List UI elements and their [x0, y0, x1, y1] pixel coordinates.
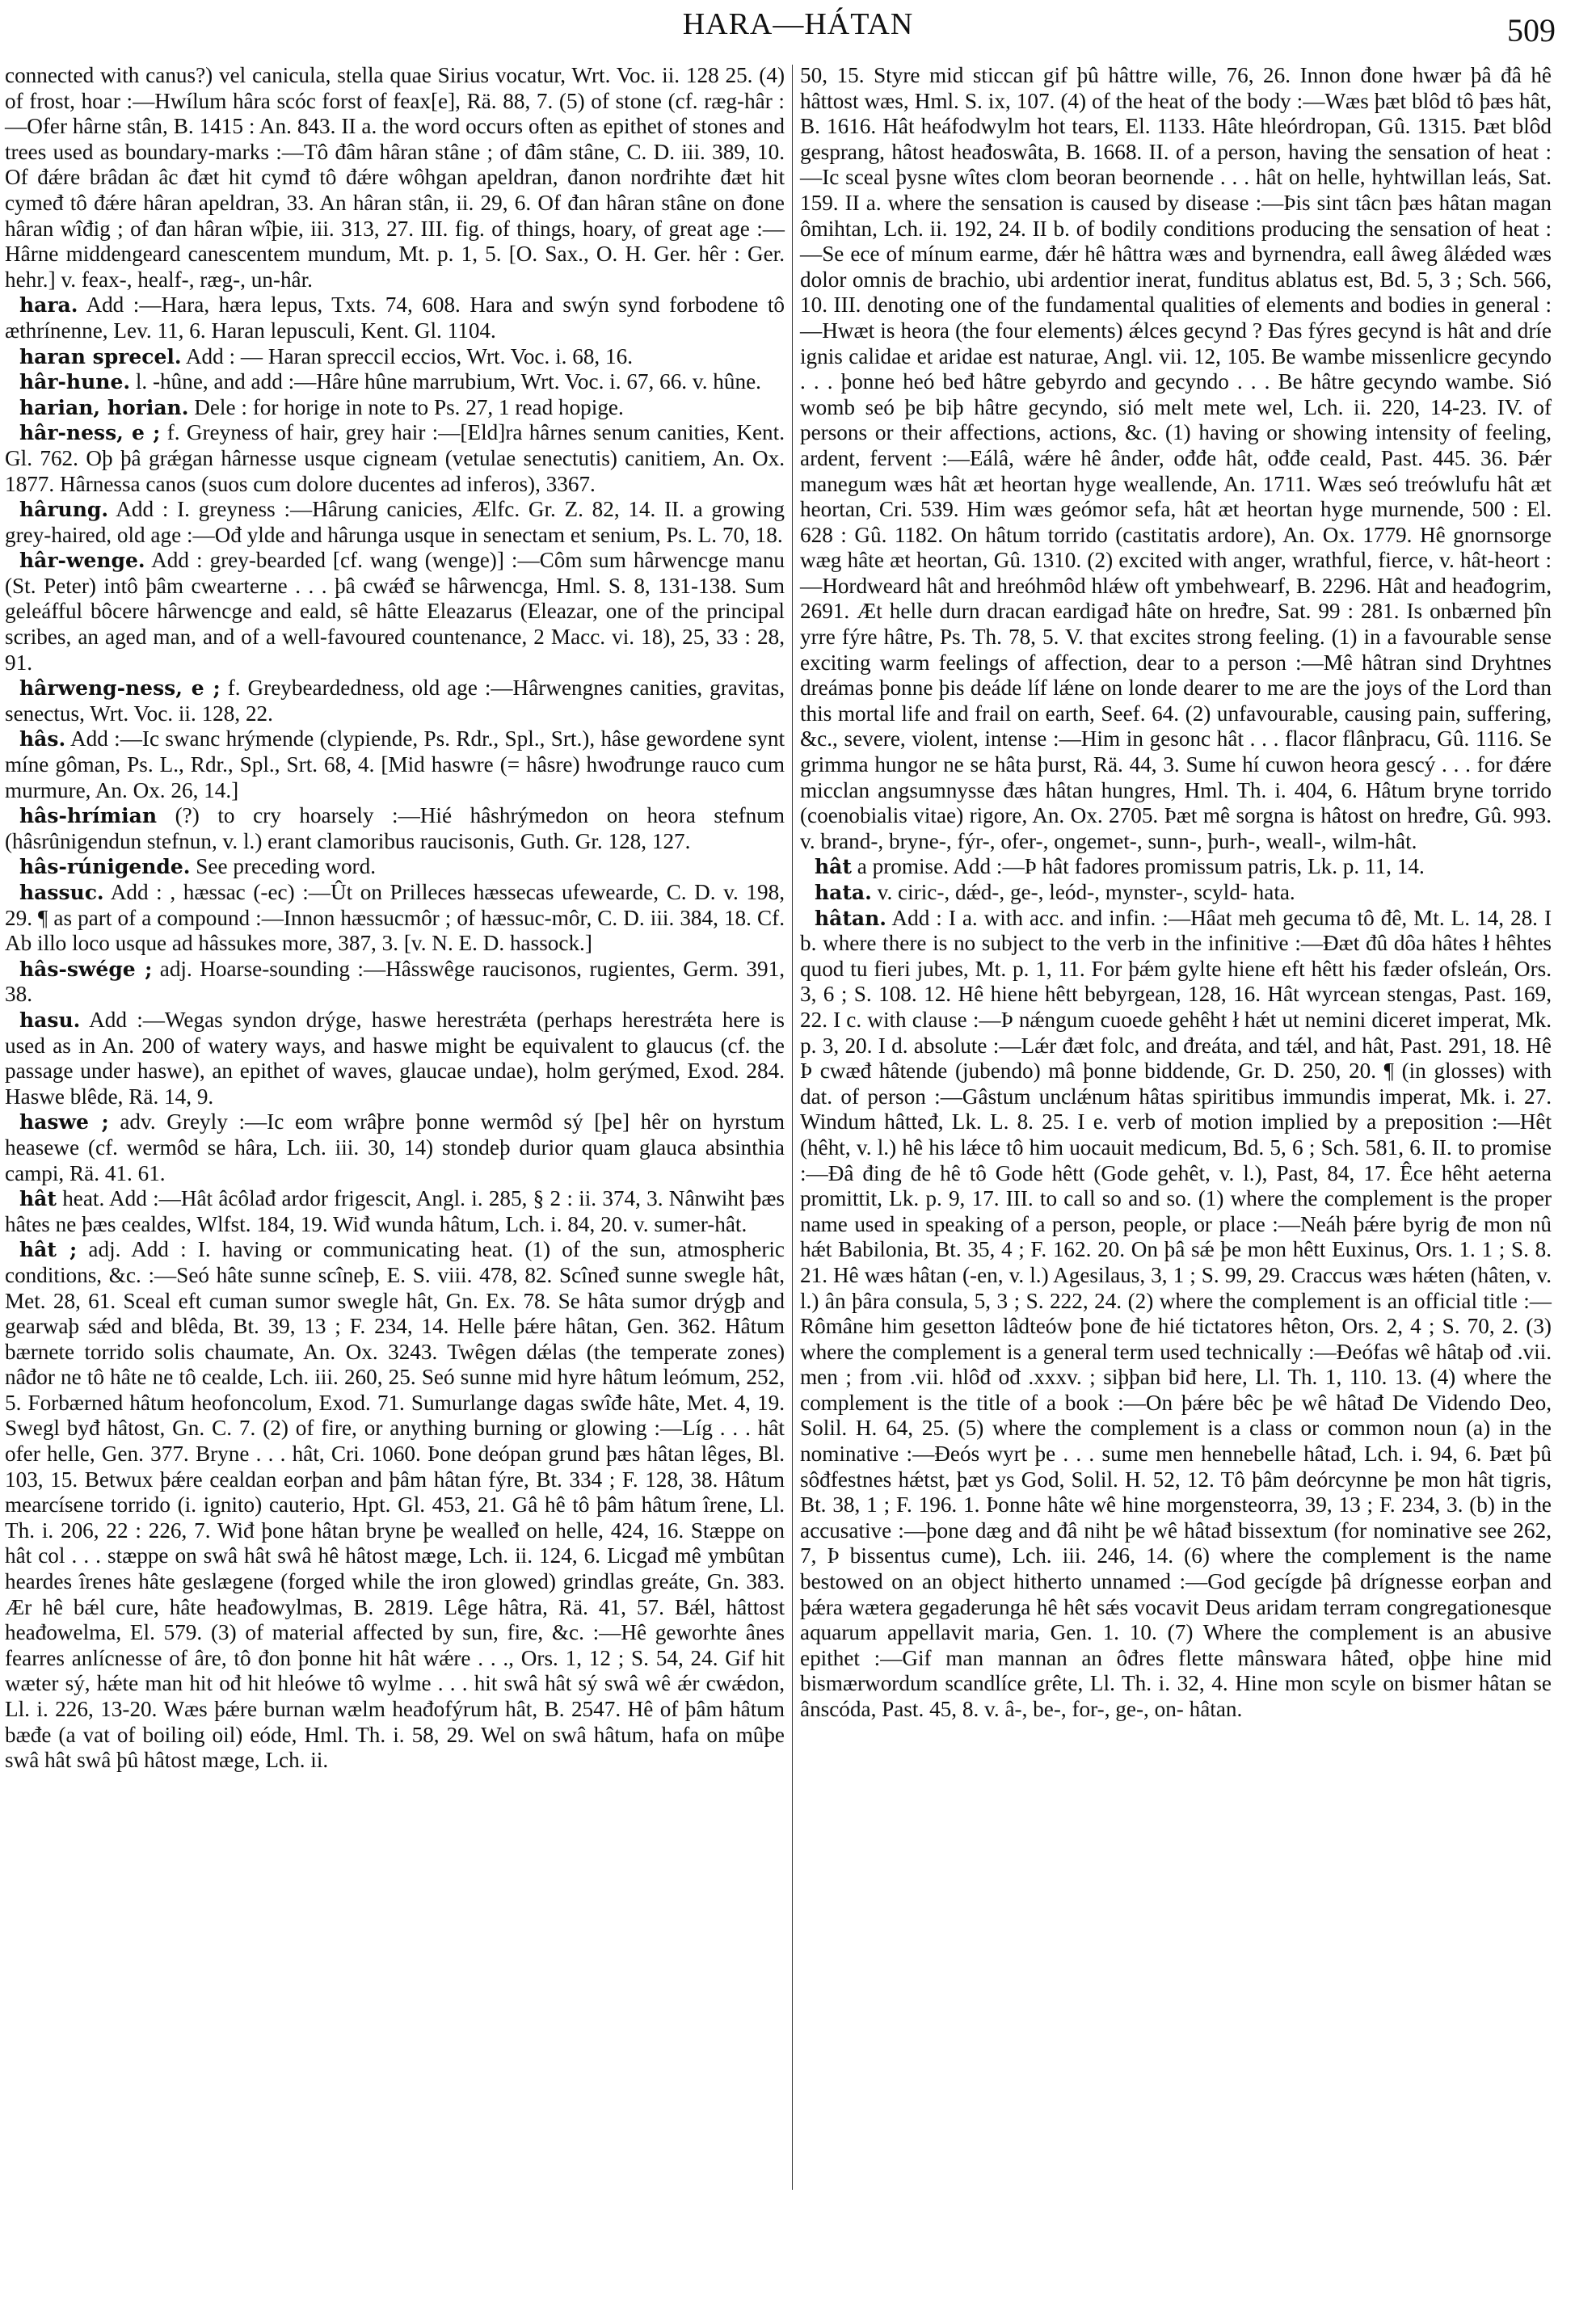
entry-definition: Add : I. greyness :—Hârung canicies, Ælf…	[5, 497, 785, 547]
dictionary-entry: hara. Add :—Hara, hæra lepus, Txts. 74, …	[5, 293, 785, 343]
entry-definition: 50, 15. Styre mid sticcan gif þû hâttre …	[800, 63, 1552, 853]
entry-definition: Add : — Haran spreccil eccios, Wrt. Voc.…	[186, 344, 633, 368]
dictionary-entry: haswe ; adv. Greyly :—Ic eom wrâþre þonn…	[5, 1109, 785, 1186]
entry-headword: haran sprecel.	[19, 345, 182, 368]
entry-headword: hâs-swége ;	[19, 958, 152, 981]
entry-definition: heat. Add :—Hât âcôlađ ardor frigescit, …	[5, 1186, 785, 1236]
entry-definition: adj. Add : I. having or communicating he…	[5, 1237, 785, 1772]
entry-headword: haswe ;	[19, 1110, 109, 1134]
entry-headword: harian, horian.	[19, 396, 188, 419]
entry-definition: Add : I a. with acc. and infin. :—Hâat m…	[800, 906, 1552, 1721]
dictionary-entry: hassuc. Add : , hæssac (-ec) :—Ût on Pri…	[5, 880, 785, 957]
entry-headword: hât	[815, 855, 852, 878]
entry-headword: hâs-hrímian	[19, 804, 157, 827]
entry-definition: Dele : for horige in note to Ps. 27, 1 r…	[194, 395, 624, 419]
dictionary-entry: harian, horian. Dele : for horige in not…	[5, 395, 785, 421]
column-divider	[792, 65, 793, 2190]
dictionary-entry: hâs-rúnigende. See preceding word.	[5, 854, 785, 880]
entry-definition: v. ciric-, dǽd-, ge-, leód-, mynster-, s…	[878, 880, 1295, 904]
dictionary-entry: hât heat. Add :—Hât âcôlađ ardor frigesc…	[5, 1186, 785, 1237]
dictionary-entry: hârweng-ness, e ; f. Greybeardedness, ol…	[5, 676, 785, 726]
entry-headword: hâr-hune.	[19, 370, 130, 394]
entry-definition: Add :—Wegas syndon drýge, haswe herestrǽ…	[5, 1008, 785, 1109]
dictionary-entry: hât a promise. Add :—Þ hât fadores promi…	[800, 854, 1552, 880]
dictionary-entry: hâr-hune. l. -hûne, and add :—Hâre hûne …	[5, 369, 785, 395]
entry-continuation: 50, 15. Styre mid sticcan gif þû hâttre …	[800, 63, 1552, 854]
page-number: 509	[1507, 11, 1556, 49]
dictionary-entry: hasu. Add :—Wegas syndon drýge, haswe he…	[5, 1008, 785, 1109]
entry-definition: Add :—Hara, hæra lepus, Txts. 74, 608. H…	[5, 293, 785, 343]
entry-headword: hata.	[815, 881, 872, 904]
entry-headword: hârweng-ness, e ;	[19, 676, 221, 700]
running-head: HARA—HÁTAN	[0, 6, 1596, 42]
entry-headword: hâs.	[19, 727, 65, 751]
dictionary-entry: haran sprecel. Add : — Haran spreccil ec…	[5, 344, 785, 370]
dictionary-entry: hâs. Add :—Ic swanc hrýmende (clypiende,…	[5, 726, 785, 803]
entry-headword: hât ;	[19, 1238, 77, 1261]
dictionary-entry: hâtan. Add : I a. with acc. and infin. :…	[800, 906, 1552, 1723]
page-header: HARA—HÁTAN 509	[0, 0, 1596, 57]
left-column: connected with canus?) vel canicula, ste…	[5, 63, 785, 1774]
entry-definition: l. -hûne, and add :—Hâre hûne marrubium,…	[136, 369, 761, 394]
entry-headword: hara.	[19, 293, 78, 317]
entry-headword: hârung.	[19, 498, 108, 521]
entry-definition: connected with canus?) vel canicula, ste…	[5, 63, 785, 292]
entry-headword: hasu.	[19, 1008, 80, 1032]
dictionary-entry: hata. v. ciric-, dǽd-, ge-, leód-, mynst…	[800, 880, 1552, 906]
entry-headword: hassuc.	[19, 881, 104, 904]
dictionary-entry: hâr-wenge. Add : grey-bearded [cf. wang …	[5, 548, 785, 676]
entry-headword: hâr-wenge.	[19, 549, 145, 572]
dictionary-entry: hâs-swége ; adj. Hoarse-sounding :—Hâssw…	[5, 957, 785, 1008]
entry-definition: Add : , hæssac (-ec) :—Ût on Prilleces h…	[5, 880, 785, 955]
dictionary-entry: hâs-hrímian (?) to cry hoarsely :—Hié hâ…	[5, 803, 785, 854]
entry-headword: hâtan.	[815, 907, 886, 930]
dictionary-entry: hâr-ness, e ; f. Greyness of hair, grey …	[5, 420, 785, 497]
entry-continuation: connected with canus?) vel canicula, ste…	[5, 63, 785, 293]
entry-headword: hâs-rúnigende.	[19, 855, 191, 878]
entry-definition: a promise. Add :—Þ hât fadores promissum…	[857, 854, 1425, 878]
entry-headword: hâr-ness, e ;	[19, 421, 160, 444]
dictionary-entry: hât ; adj. Add : I. having or communicat…	[5, 1237, 785, 1773]
right-column: 50, 15. Styre mid sticcan gif þû hâttre …	[800, 63, 1552, 1723]
dictionary-entry: hârung. Add : I. greyness :—Hârung canic…	[5, 497, 785, 548]
entry-definition: Add :—Ic swanc hrýmende (clypiende, Ps. …	[5, 726, 785, 802]
entry-headword: hât	[19, 1187, 57, 1210]
entry-definition: adv. Greyly :—Ic eom wrâþre þonne wermôd…	[5, 1109, 785, 1185]
entry-definition: See preceding word.	[196, 854, 376, 878]
